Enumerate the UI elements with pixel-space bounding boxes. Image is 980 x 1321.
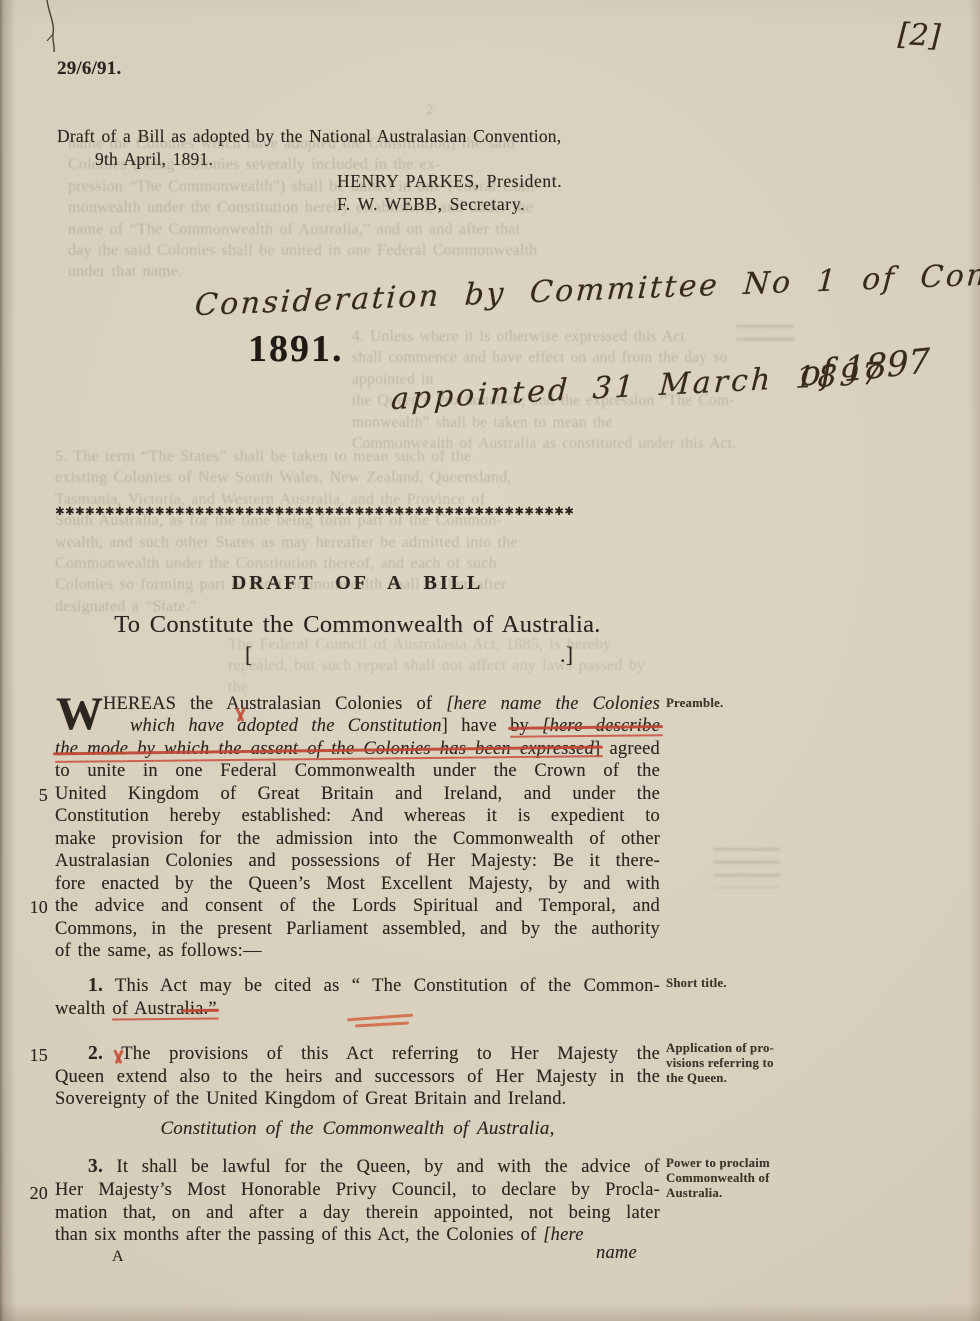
margin-note-application: Application of pro- visions referring to… [666,1041,836,1087]
line-number-10: 10 [18,896,48,918]
preamble-line: United Kingdom of Great Britain and Irel… [55,783,660,805]
section-3-line: Her Majesty’s Most Honorable Privy Counc… [55,1179,660,1201]
pen-squiggle-mark [38,0,68,56]
preamble-text: by [510,716,542,736]
section-2-line: Queen extend also to the heirs and succe… [55,1066,660,1088]
margin-note-line: Commonwealth of [666,1171,836,1186]
section-2-number: 2. [88,1043,103,1064]
section-1-text: wealth [55,999,112,1019]
year-heading: 1891. [248,338,344,360]
section-3-text: than six months after the passing of thi… [55,1225,543,1245]
adoption-note-line2: 9th April, 1891. [95,148,213,170]
preamble-text-italic: which have [130,716,224,736]
section-1-text: of Austra [112,999,184,1019]
section-1-line: wealth of Australia.” [55,998,217,1020]
section-2-line: 2. The provisions of this Act referring … [88,1043,660,1065]
preamble-line: fore enacted by the Queen’s Most Excelle… [55,873,660,895]
preamble-line: Constitution hereby established: And whe… [55,805,660,827]
section-1-text: This Act may be cited as “ The Constitut… [115,976,660,996]
margin-note-line: the Queen. [666,1071,836,1086]
line-number-5: 5 [18,784,48,806]
preamble-text-italic: [here name the Colonies [446,694,660,714]
scanned-page: 2 name the Colonies which have adopted t… [0,0,980,1321]
preamble-line: Commons, in the present Parliament assem… [55,918,660,940]
adoption-note-line1: Draft of a Bill as adopted by the Nation… [57,125,561,147]
insertion-caret-icon [232,708,249,722]
secretary-signature: F. W. WEBB, Secretary. [337,193,525,215]
preamble-line: of the same, as follows:— [55,940,660,962]
section-1-number: 1. [88,975,103,996]
preamble-line: the mode by which the assent of the Colo… [55,738,660,760]
preamble-text: ] have [442,716,510,736]
star-divider: ✱✱✱✱✱✱✱✱✱✱✱✱✱✱✱✱✱✱✱✱✱✱✱✱✱✱✱✱✱✱✱✱✱✱✱✱✱✱✱✱… [55,504,665,518]
section-3-line: than six months after the passing of thi… [55,1224,660,1246]
section-2-text: The provisions of this Act referring to … [121,1044,660,1064]
red-emphasis-dash [347,1014,413,1022]
insertion-caret-icon [110,1050,127,1064]
section-3-line: 3. It shall be lawful for the Queen, by … [88,1156,660,1178]
preamble-text-italic: adopted the Constitution [224,716,442,736]
preamble-line: to unite in one Federal Commonwealth und… [55,760,660,782]
document-title: DRAFT OF A BILL [55,572,660,594]
bleedthrough-margin-smudge [736,325,794,351]
drop-cap-initial: W [56,692,103,736]
margin-note-line: Australia. [666,1186,836,1201]
section-2-line: Sovereignty of the United Kingdom of Gre… [55,1088,660,1110]
preamble-text: ] [594,739,600,759]
preamble-line: which have adopted the Constitution] hav… [130,715,660,737]
bleedthrough-page-number: 2 [426,100,434,121]
section-3-text-italic: [here [543,1225,583,1245]
preamble-line: make provision for the admission into th… [55,828,660,850]
red-struck-passage: the mode by which the assent of the Colo… [55,739,600,759]
preamble-text: agreed [600,739,660,759]
section-3-text: It shall be lawful for the Queen, by and… [117,1157,661,1177]
red-struck-passage: by [here describe [510,716,660,736]
margin-note-line: Application of pro- [666,1041,836,1056]
preamble-line: the advice and consent of the Lords Spir… [55,895,660,917]
preamble-text-italic: the mode by which the assent of the Colo… [55,739,594,759]
folio-number: [2] [897,17,941,54]
red-underlined-passage: of Australia.” [112,999,216,1019]
placeholder-bracket-close: .] [560,644,573,666]
catchword: name [596,1242,637,1264]
president-signature: HENRY PARKES, President. [337,170,562,192]
section-1-line: 1. This Act may be cited as “ The Consti… [88,975,660,997]
signature-mark: A [112,1246,124,1268]
bleedthrough-text-block: The Federal Council of Australasia Act, … [228,634,648,698]
cross-heading: Constitution of the Commonwealth of Aust… [55,1118,660,1140]
preamble-line: Australasian Colonies and possessions of… [55,850,660,872]
placeholder-bracket-open: [ [245,644,253,666]
margin-note-power-to-proclaim: Power to proclaim Commonwealth of Austra… [666,1156,836,1202]
line-number-15: 15 [18,1044,48,1066]
margin-note-line: Power to proclaim [666,1156,836,1171]
margin-note-line: visions referring to [666,1056,836,1071]
line-number-20: 20 [18,1182,48,1204]
section-3-line: mation that, on and after a day therein … [55,1202,660,1224]
preamble-line: HEREAS the Australasian Colonies of [her… [103,693,660,715]
section-3-number: 3. [88,1156,103,1177]
filing-date: 29/6/91. [57,58,121,80]
preamble-text: HEREAS the Australasian Colonies of [103,694,446,714]
red-emphasis-dash [355,1022,409,1028]
document-subtitle: To Constitute the Commonwealth of Austra… [55,614,660,636]
margin-note-preamble: Preamble. [666,696,836,711]
bleedthrough-margin-smudge [714,848,780,888]
margin-note-short-title: Short title. [666,976,836,991]
red-struck-passage: lia.” [184,999,216,1019]
preamble-text-italic: [here describe [542,716,660,736]
